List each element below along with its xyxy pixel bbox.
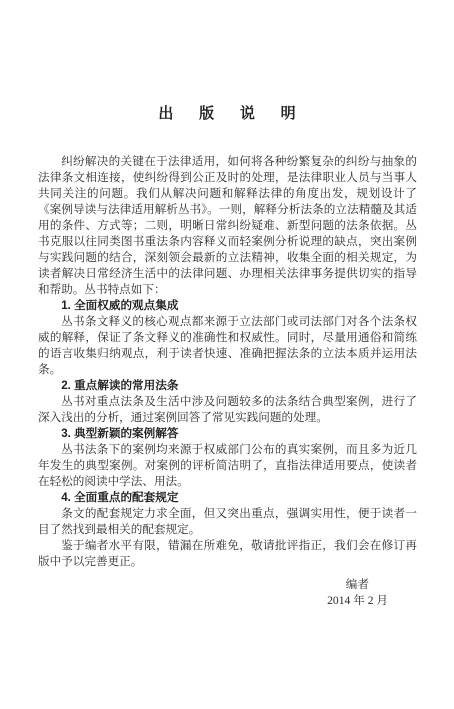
section-body-2: 丛书对重点法条及生活中涉及问题较多的法条结合典型案例，进行了深入浅出的分析，通过… (38, 394, 417, 426)
section-body-3: 丛书法条下的案例均来源于权威部门公布的真实案例，而且多为近几年发生的典型案例。对… (38, 442, 417, 490)
book-page: 出 版 说 明 纠纷解决的关键在于法律适用，如何将各种纷繁复杂的纠纷与抽象的法律… (0, 0, 454, 709)
signature-block: 编者 2014 年 2 月 (38, 577, 417, 609)
signature-date: 2014 年 2 月 (38, 593, 417, 609)
section-heading-1: 1. 全面权威的观点集成 (38, 298, 417, 314)
section-body-1: 丛书条文释义的核心观点都来源于立法部门或司法部门对各个法条权威的解释，保证了条文… (38, 314, 417, 378)
page-content: 纠纷解决的关键在于法律适用，如何将各种纷繁复杂的纠纷与抽象的法律条文相连接，使纠… (38, 154, 417, 609)
page-title: 出 版 说 明 (0, 102, 454, 123)
section-heading-4: 4. 全面重点的配套规定 (38, 490, 417, 506)
signature-author: 编者 (38, 577, 417, 593)
section-body-4: 条文的配套规定力求全面，但又突出重点，强调实用性，便于读者一目了然找到最相关的配… (38, 506, 417, 538)
section-heading-2: 2. 重点解读的常用法条 (38, 378, 417, 394)
section-heading-3: 3. 典型新颖的案例解答 (38, 426, 417, 442)
intro-paragraph: 纠纷解决的关键在于法律适用，如何将各种纷繁复杂的纠纷与抽象的法律条文相连接，使纠… (38, 154, 417, 298)
closing-paragraph: 鉴于编者水平有限，错漏在所难免，敬请批评指正，我们会在修订再版中予以完善更正。 (38, 538, 417, 570)
